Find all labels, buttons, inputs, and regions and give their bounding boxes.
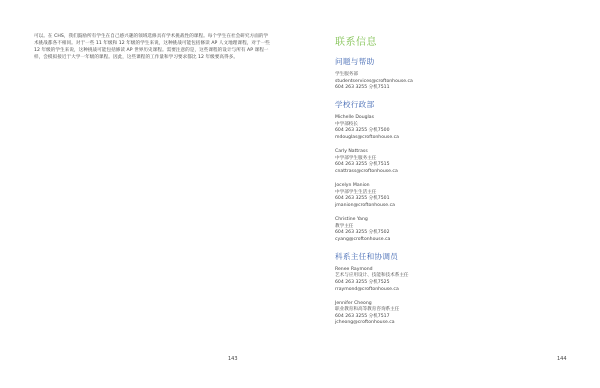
page-number: 144: [557, 356, 567, 362]
contact-column: 联系信息 问题与帮助 学生服务部 studentservices@crofton…: [335, 33, 495, 335]
page-title: 联系信息: [335, 33, 495, 48]
contact-phone: 604 263 3255 分机7501: [335, 196, 495, 203]
contact-phone: 604 263 3255 分机7502: [335, 230, 495, 237]
contact-role: 职业教育和高等教育咨询系主任: [335, 307, 495, 314]
contact-name: Michelle Douglas: [335, 115, 495, 122]
contact-entry: Carly Nattrass 中学部学生服务主任 604 263 3255 分机…: [335, 149, 495, 175]
contact-name: Carly Nattrass: [335, 149, 495, 156]
contact-email[interactable]: cnattrass@croftonhouse.ca: [335, 169, 495, 176]
left-page: 可以。在 CHS，我们鼓励所有学生在自己感兴趣的领域选修具有学术挑战性的课程。每…: [0, 0, 300, 388]
contact-phone: 604 263 3255 分机7525: [335, 280, 495, 287]
contact-email[interactable]: rraymond@croftonhouse.ca: [335, 287, 495, 294]
body-paragraph: 可以。在 CHS，我们鼓励所有学生在自己感兴趣的领域选修具有学术挑战性的课程。每…: [34, 33, 270, 61]
contact-entry: Renee Raymond 艺术与应用设计、技能和技术系主任 604 263 3…: [335, 267, 495, 293]
right-page: 联系信息 问题与帮助 学生服务部 studentservices@crofton…: [300, 0, 600, 388]
contact-email[interactable]: cyang@croftonhouse.ca: [335, 237, 495, 244]
contact-email[interactable]: jcheong@croftonhouse.ca: [335, 320, 495, 327]
section-heading: 学校行政部: [335, 99, 495, 110]
page-number: 143: [228, 356, 238, 362]
contact-entry: Christine Yang 教学主任 604 263 3255 分机7502 …: [335, 217, 495, 243]
contact-email[interactable]: mdouglas@croftonhouse.ca: [335, 135, 495, 142]
contact-name: Jocelyn Manion: [335, 183, 495, 190]
section-heading: 科系主任和协调员: [335, 251, 495, 262]
contact-name: Christine Yang: [335, 217, 495, 224]
contact-entry: Michelle Douglas 中学部校长 604 263 3255 分机75…: [335, 115, 495, 141]
contact-student-services: 学生服务部 studentservices@croftonhouse.ca 60…: [335, 72, 495, 92]
contact-entry: Jennifer Cheong 职业教育和高等教育咨询系主任 604 263 3…: [335, 301, 495, 327]
contact-phone: 604 263 3255 分机7511: [335, 85, 495, 92]
section-heading: 问题与帮助: [335, 56, 495, 67]
contact-email[interactable]: jmanion@croftonhouse.ca: [335, 203, 495, 210]
contact-role: 艺术与应用设计、技能和技术系主任: [335, 273, 495, 280]
contact-name: 学生服务部: [335, 72, 495, 79]
contact-entry: Jocelyn Manion 中学部学生生活主任 604 263 3255 分机…: [335, 183, 495, 209]
contact-phone: 604 263 3255 分机7515: [335, 162, 495, 169]
